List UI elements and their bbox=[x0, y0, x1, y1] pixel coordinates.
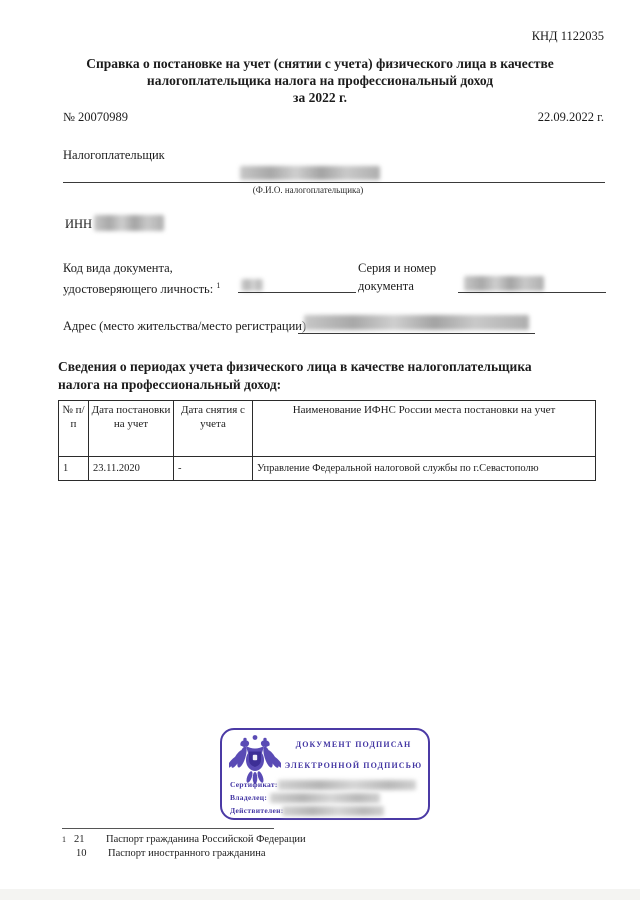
footnote-code: 10 bbox=[76, 847, 100, 861]
doc-code-label-line1: Код вида документа, bbox=[63, 259, 220, 277]
table-header-row: № п/п Дата постановки на учет Дата сняти… bbox=[59, 401, 596, 457]
validity-label: Действителен: bbox=[230, 806, 284, 815]
footnote-mark: 1 bbox=[62, 833, 66, 847]
header-cell-deregistration-date: Дата снятия с учета bbox=[174, 401, 253, 457]
redacted-taxpayer-name bbox=[240, 166, 380, 180]
header-cell-ifns-name: Наименование ИФНС России места постановк… bbox=[253, 401, 596, 457]
fio-caption: (Ф.И.О. налогоплательщика) bbox=[63, 185, 553, 195]
title-line-1: Справка о постановке на учет (снятии с у… bbox=[40, 55, 600, 72]
redacted-address-value bbox=[304, 315, 529, 330]
address-underline bbox=[298, 333, 535, 334]
stamp-certificate-row: Сертификат: bbox=[230, 780, 422, 792]
stamp-validity-row: Действителен: bbox=[230, 806, 422, 818]
series-label-line1: Серия и номер bbox=[358, 259, 436, 277]
stamp-title-line1: ДОКУМЕНТ ПОДПИСАН bbox=[284, 740, 423, 749]
double-eagle-emblem-icon bbox=[229, 734, 281, 784]
doc-code-footnote-mark: 1 bbox=[216, 281, 220, 290]
fio-underline bbox=[63, 182, 605, 183]
footnote-code: 21 bbox=[74, 833, 98, 847]
document-page: КНД 1122035 Справка о постановке на учет… bbox=[0, 0, 640, 900]
certificate-label: Сертификат: bbox=[230, 780, 278, 789]
title-line-3: за 2022 г. bbox=[40, 89, 600, 106]
cell-ifns-name: Управление Федеральной налоговой службы … bbox=[253, 457, 596, 481]
series-label-line2: документа bbox=[358, 277, 436, 295]
owner-label: Владелец: bbox=[230, 793, 267, 802]
document-date: 22.09.2022 г. bbox=[538, 110, 604, 125]
doc-code-label: Код вида документа, удостоверяющего личн… bbox=[63, 259, 220, 298]
address-label: Адрес (место жительства/место регистраци… bbox=[63, 319, 306, 334]
doc-code-underline bbox=[238, 292, 356, 293]
footnote-text: Паспорт гражданина Российской Федерации bbox=[106, 833, 306, 847]
stamp-title: ДОКУМЕНТ ПОДПИСАН ЭЛЕКТРОННОЙ ПОДПИСЬЮ bbox=[284, 740, 423, 770]
redacted-certificate-value bbox=[278, 780, 416, 790]
cell-registration-date: 23.11.2020 bbox=[89, 457, 174, 481]
footnote-item: 1 21 Паспорт гражданина Российской Федер… bbox=[62, 833, 306, 847]
periods-table: № п/п Дата постановки на учет Дата сняти… bbox=[58, 400, 596, 481]
table-row: 1 23.11.2020 - Управление Федеральной на… bbox=[59, 457, 596, 481]
periods-section-heading: Сведения о периодах учета физического ли… bbox=[58, 358, 618, 394]
redacted-owner-value bbox=[270, 793, 380, 803]
doc-code-label-line2: удостоверяющего личность: 1 bbox=[63, 277, 220, 298]
redacted-validity-value bbox=[282, 806, 384, 816]
footnote-text: Паспорт иностранного гражданина bbox=[108, 847, 266, 861]
redacted-inn-value bbox=[94, 215, 164, 231]
inn-label: ИНН bbox=[65, 217, 92, 232]
stamp-owner-row: Владелец: bbox=[230, 793, 422, 805]
header-cell-number: № п/п bbox=[59, 401, 89, 457]
cell-number: 1 bbox=[59, 457, 89, 481]
redacted-series-value bbox=[464, 276, 544, 291]
electronic-signature-stamp: ДОКУМЕНТ ПОДПИСАН ЭЛЕКТРОННОЙ ПОДПИСЬЮ С… bbox=[220, 728, 430, 820]
title-line-2: налогоплательщика налога на профессионал… bbox=[40, 72, 600, 89]
header-cell-registration-date: Дата постановки на учет bbox=[89, 401, 174, 457]
document-number: № 20070989 bbox=[63, 110, 128, 125]
footnote-separator bbox=[62, 828, 274, 829]
footnote-item: 10 Паспорт иностранного гражданина bbox=[62, 847, 306, 861]
series-underline bbox=[458, 292, 606, 293]
series-label: Серия и номер документа bbox=[358, 259, 436, 295]
stamp-title-line2: ЭЛЕКТРОННОЙ ПОДПИСЬЮ bbox=[284, 761, 423, 770]
knd-code: КНД 1122035 bbox=[532, 29, 604, 44]
document-title: Справка о постановке на учет (снятии с у… bbox=[40, 55, 600, 106]
cell-deregistration-date: - bbox=[174, 457, 253, 481]
taxpayer-label: Налогоплательщик bbox=[63, 148, 165, 163]
periods-heading-line2: налога на профессиональный доход: bbox=[58, 376, 618, 394]
redacted-doc-code-value bbox=[241, 279, 263, 291]
footnote: 1 21 Паспорт гражданина Российской Федер… bbox=[62, 833, 306, 861]
periods-heading-line1: Сведения о периодах учета физического ли… bbox=[58, 358, 618, 376]
page-bottom-edge bbox=[0, 889, 640, 900]
